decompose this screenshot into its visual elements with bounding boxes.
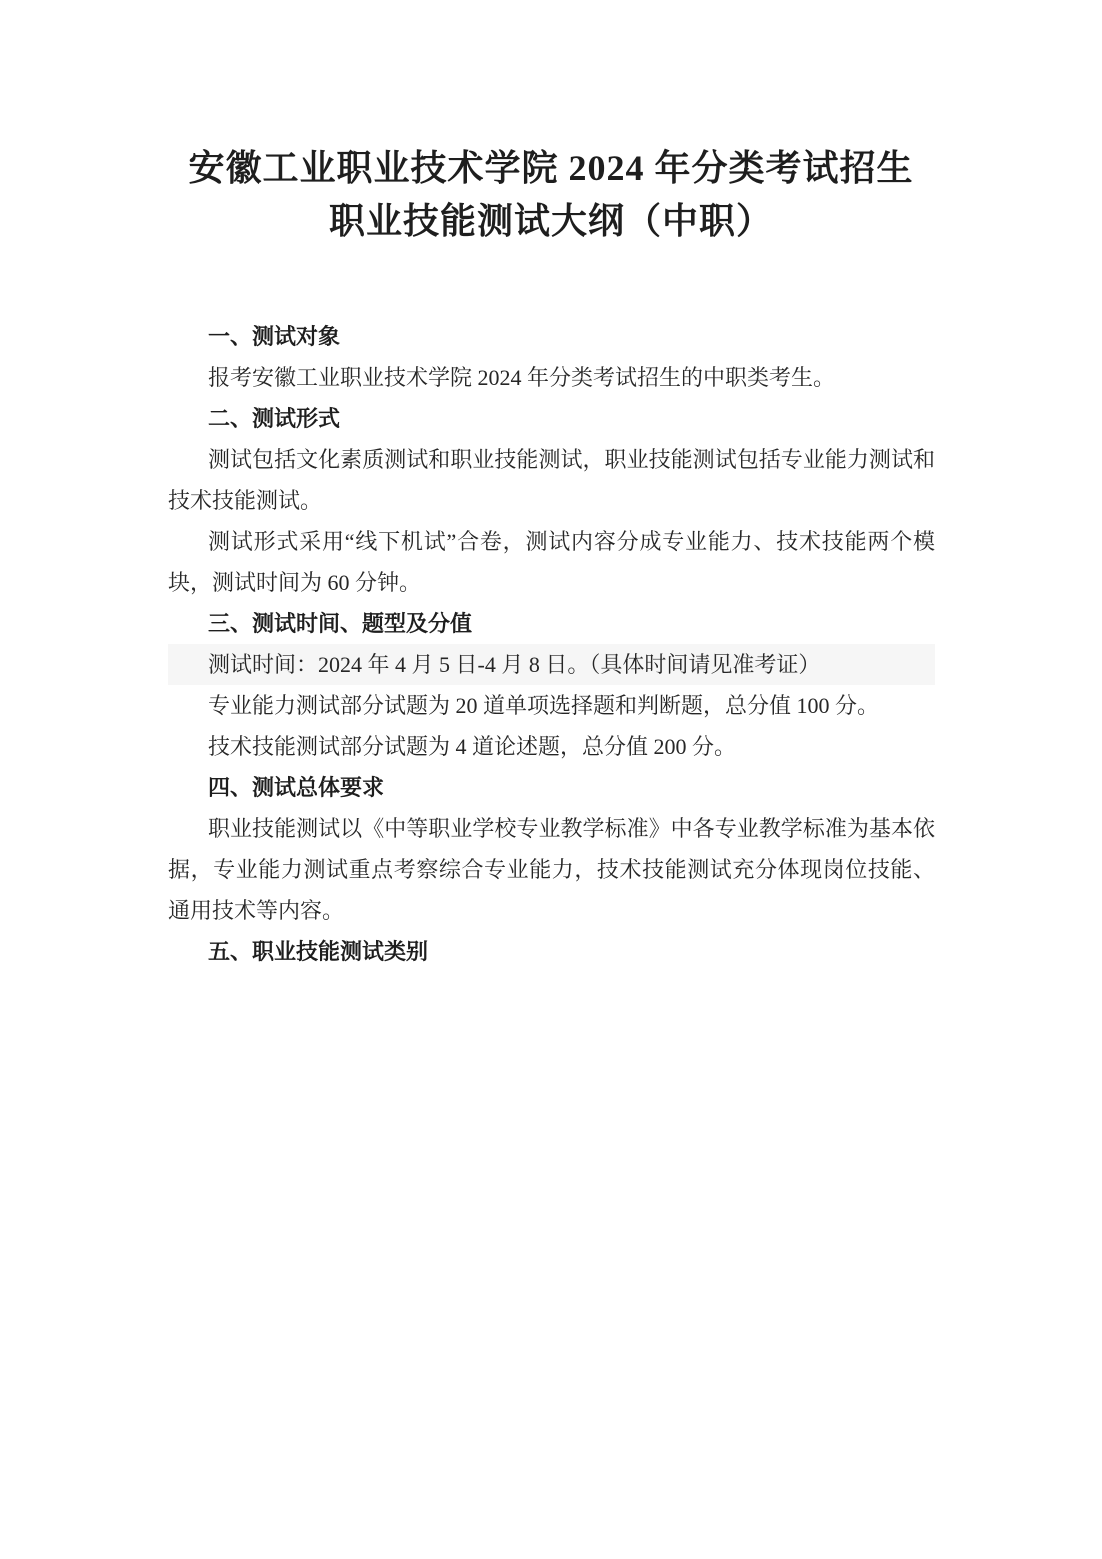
paragraph-technical-skill-score: 技术技能测试部分试题为 4 道论述题，总分值 200 分。: [168, 726, 935, 767]
document-title-line-2: 职业技能测试大纲（中职）: [0, 195, 1102, 248]
document-page: 安徽工业职业技术学院 2024 年分类考试招生 职业技能测试大纲（中职） 一、测…: [0, 0, 1102, 1559]
section-heading-test-target: 一、测试对象: [168, 316, 935, 357]
paragraph-test-target: 报考安徽工业职业技术学院 2024 年分类考试招生的中职类考生。: [168, 357, 935, 398]
section-heading-overall-requirements: 四、测试总体要求: [168, 767, 935, 808]
document-title: 安徽工业职业技术学院 2024 年分类考试招生 职业技能测试大纲（中职）: [0, 0, 1102, 248]
section-heading-test-categories: 五、职业技能测试类别: [168, 931, 935, 972]
document-title-line-1: 安徽工业职业技术学院 2024 年分类考试招生: [0, 142, 1102, 195]
section-heading-test-format: 二、测试形式: [168, 398, 935, 439]
paragraph-professional-ability-score: 专业能力测试部分试题为 20 道单项选择题和判断题，总分值 100 分。: [168, 685, 935, 726]
paragraph-test-format-2: 测试形式采用“线下机试”合卷，测试内容分成专业能力、技术技能两个模块，测试时间为…: [168, 521, 935, 603]
paragraph-test-format-1: 测试包括文化素质测试和职业技能测试，职业技能测试包括专业能力测试和技术技能测试。: [168, 439, 935, 521]
document-body: 一、测试对象 报考安徽工业职业技术学院 2024 年分类考试招生的中职类考生。 …: [168, 316, 935, 972]
paragraph-test-time-highlighted: 测试时间：2024 年 4 月 5 日-4 月 8 日。（具体时间请见准考证）: [168, 644, 935, 685]
paragraph-overall-requirements: 职业技能测试以《中等职业学校专业教学标准》中各专业教学标准为基本依据，专业能力测…: [168, 808, 935, 931]
section-heading-test-time-type-score: 三、测试时间、题型及分值: [168, 603, 935, 644]
